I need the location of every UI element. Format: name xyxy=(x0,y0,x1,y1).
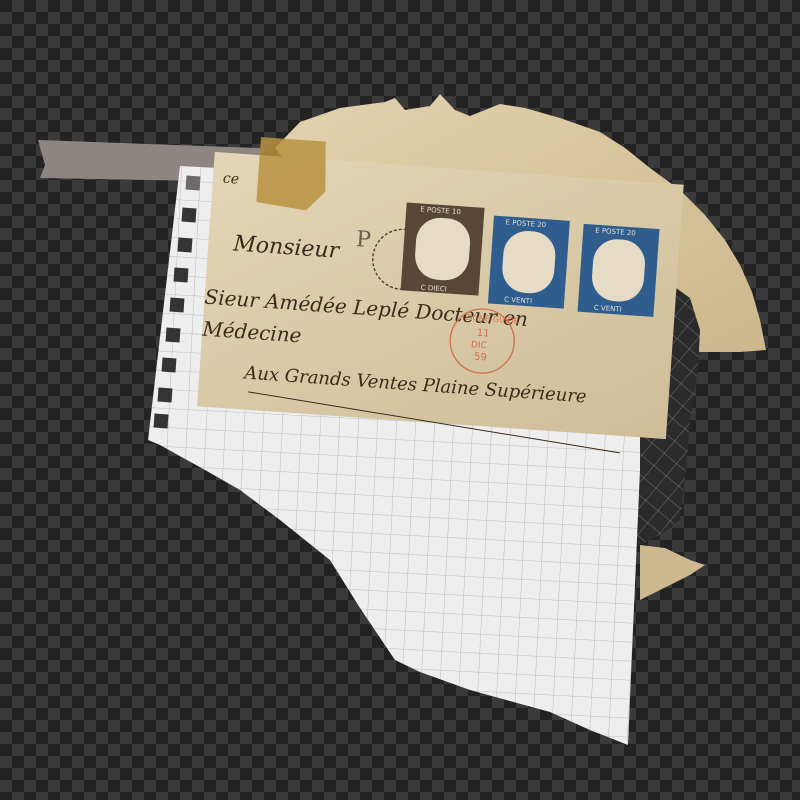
envelope-content: ce P Monsieur Sieur Amédée Leplé Docteur… xyxy=(0,0,800,800)
stamp-blue-20c-1: E POSTE 20 C VENTI xyxy=(488,216,570,309)
address-line-3: Médecine xyxy=(201,316,303,347)
postmark-year: 59 xyxy=(474,352,487,364)
postmark-letter: P xyxy=(355,227,372,253)
corner-fragment: ce xyxy=(222,171,239,188)
address-line-1: Monsieur xyxy=(232,231,342,264)
address-line-4: Aux Grands Ventes Plaine Supérieure xyxy=(242,362,588,407)
postmark-month: DIC xyxy=(471,340,488,351)
stamp-bottom-text: C DIECI xyxy=(421,284,447,294)
stamp-brown-10c: E POSTE 10 C DIECI xyxy=(401,202,485,295)
stamp-blue-20c-2: E POSTE 20 C VENTI xyxy=(578,224,660,317)
postmark-day: 11 xyxy=(476,328,489,340)
